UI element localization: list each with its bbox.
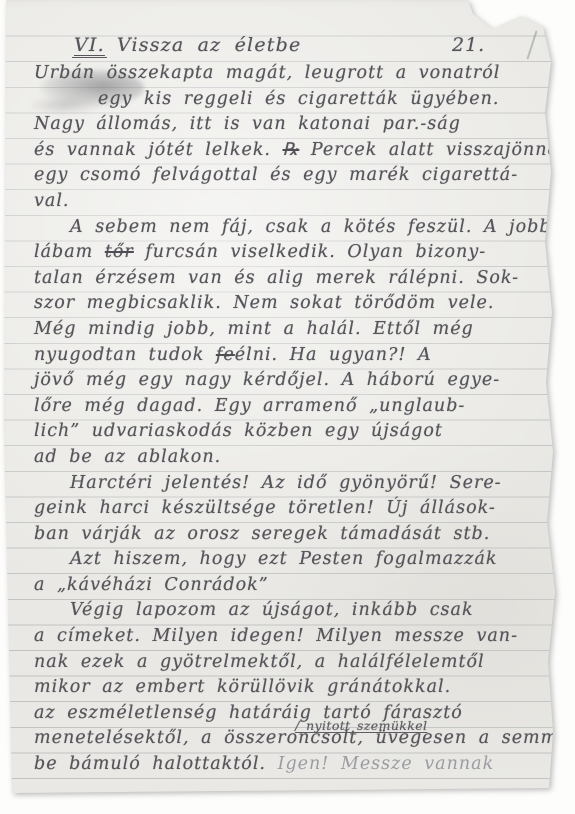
handwritten-text: be bámuló halottaktól. <box>34 754 278 774</box>
handwritten-text: Végig lapozom az újságot, inkább csak <box>70 600 474 620</box>
handwritten-text: Harctéri jelentés! Az idő gyönyörű! Sere… <box>70 473 502 493</box>
handwritten-text: talan érzésem van és alig merek rálépni.… <box>34 268 519 288</box>
handwritten-text: nyugodtan tudok <box>34 345 216 365</box>
handwritten-text: Nagy állomás, itt is van katonai par.-sá… <box>34 114 461 134</box>
handwritten-text: A sebem nem fáj, csak a kötés feszül. A … <box>70 217 552 237</box>
struck-through-word: ℞ <box>283 140 300 160</box>
handwritten-text: egy csomó felvágottal és egy marék cigar… <box>34 165 518 185</box>
handwritten-text: lábam <box>34 242 105 262</box>
manuscript-line: be bámuló halottaktól. Igen! Messze vann… <box>34 752 546 778</box>
manuscript-line: Harctéri jelentés! Az idő gyönyörű! Sere… <box>34 471 546 497</box>
handwritten-text: ad be az ablakon. <box>34 447 221 467</box>
handwritten-text: egy kis reggeli és cigaretták ügyében. <box>98 89 499 109</box>
handwritten-text: mikor az embert körüllövik gránátokkal. <box>34 677 451 697</box>
handwritten-text: Percek alatt visszajönnek <box>299 140 570 160</box>
pencil-fleck <box>501 8 506 18</box>
handwritten-text: val. <box>34 191 69 211</box>
manuscript-line: Azt hiszem, hogy ezt Pesten fogalmazzák <box>34 547 546 573</box>
page-title: Vissza az életbe <box>117 34 302 56</box>
manuscript-line: nyugodtan tudok feélni. Ha ugyan?! A <box>34 343 546 369</box>
manuscript-line: egy csomó felvágottal és egy marék cigar… <box>34 163 546 189</box>
manuscript-lines: Urbán összekapta magát, leugrott a vonat… <box>34 61 546 778</box>
handwritten-text: Még mindig jobb, mint a halál. Ettől még <box>34 319 474 339</box>
scanned-manuscript: VI.Vissza az életbe 21. Urbán összekapta… <box>0 0 575 814</box>
handwritten-text: élni. Ha ugyan?! A <box>235 345 432 365</box>
manuscript-line: Urbán összekapta magát, leugrott a vonat… <box>34 61 546 87</box>
page-heading: VI.Vissza az életbe <box>72 34 301 56</box>
handwritten-text: Azt hiszem, hogy ezt Pesten fogalmazzák <box>70 549 498 569</box>
manuscript-line: lich” udvariaskodás közben egy újságot <box>34 419 546 445</box>
manuscript-line: a címeket. Milyen idegen! Milyen messze … <box>34 624 546 650</box>
manuscript-line: mikor az embert körüllövik gránátokkal. <box>34 675 546 701</box>
manuscript-line: nak ezek a gyötrelmektől, a halálfélelem… <box>34 650 546 676</box>
handwritten-text: furcsán viselkedik. Olyan bizony- <box>134 242 486 262</box>
manuscript-line: Nagy állomás, itt is van katonai par.-sá… <box>34 112 546 138</box>
manuscript-line: ad be az ablakon. <box>34 445 546 471</box>
manuscript-line: Végig lapozom az újságot, inkább csak <box>34 598 546 624</box>
manuscript-line: lábam tőr furcsán viselkedik. Olyan bizo… <box>34 240 546 266</box>
interline-insertion: ∕ nyitott szemükkel <box>295 713 427 739</box>
paper-crease-mark <box>526 30 537 59</box>
manuscript-line: jövő még egy nagy kérdőjel. A háború egy… <box>34 368 546 394</box>
manuscript-line: lőre még dagad. Egy arramenő „unglaub- <box>34 394 546 420</box>
manuscript-line: az eszméletlenség határáig tartó fáraszt… <box>34 701 546 727</box>
handwritten-text: jövő még egy nagy kérdőjel. A háború egy… <box>34 370 500 390</box>
faded-handwriting: Igen! Messze vannak <box>278 754 495 774</box>
manuscript-line: egy kis reggeli és cigaretták ügyében. <box>34 87 546 113</box>
manuscript-line: menetelésektől, a összeroncsolt,∕ nyitot… <box>34 726 546 752</box>
struck-through-word: fe <box>216 345 235 365</box>
paper-shadow: VI.Vissza az életbe 21. Urbán összekapta… <box>0 0 575 814</box>
handwritten-text: és vannak jótét lelkek. <box>34 140 283 160</box>
manuscript-line: talan érzésem van és alig merek rálépni.… <box>34 266 546 292</box>
manuscript-line: és vannak jótét lelkek. ℞ Percek alatt v… <box>34 138 546 164</box>
handwritten-text: Urbán összekapta magát, leugrott a vonat… <box>34 63 500 83</box>
handwritten-text: lőre még dagad. Egy arramenő „unglaub- <box>34 396 465 416</box>
manuscript-line: Még mindig jobb, mint a halál. Ettől még <box>34 317 546 343</box>
page-number: 21. <box>452 34 485 56</box>
manuscript-paper: VI.Vissza az életbe 21. Urbán összekapta… <box>0 0 575 814</box>
manuscript-line: ban várják az orosz seregek támadását st… <box>34 522 546 548</box>
struck-through-word: tőr <box>105 242 134 262</box>
handwritten-text: geink harci készültsége töretlen! Új áll… <box>34 498 496 518</box>
manuscript-line: val. <box>34 189 546 215</box>
handwritten-text: a címeket. Milyen idegen! Milyen messze … <box>34 626 518 646</box>
manuscript-line: A sebem nem fáj, csak a kötés feszül. A … <box>34 215 546 241</box>
chapter-number: VI. <box>72 34 107 58</box>
handwritten-text: lich” udvariaskodás közben egy újságot <box>34 421 443 441</box>
handwritten-text: a „kávéházi Conrádok” <box>34 575 269 595</box>
manuscript-line: geink harci készültsége töretlen! Új áll… <box>34 496 546 522</box>
manuscript-line: a „kávéházi Conrádok” <box>34 573 546 599</box>
manuscript-line: szor megbicsaklik. Nem sokat törődöm vel… <box>34 291 546 317</box>
handwritten-text: szor megbicsaklik. Nem sokat törődöm vel… <box>34 293 494 313</box>
handwritten-text: ban várják az orosz seregek támadását st… <box>34 524 490 544</box>
handwritten-text: nak ezek a gyötrelmektől, a halálfélelem… <box>34 652 485 672</box>
